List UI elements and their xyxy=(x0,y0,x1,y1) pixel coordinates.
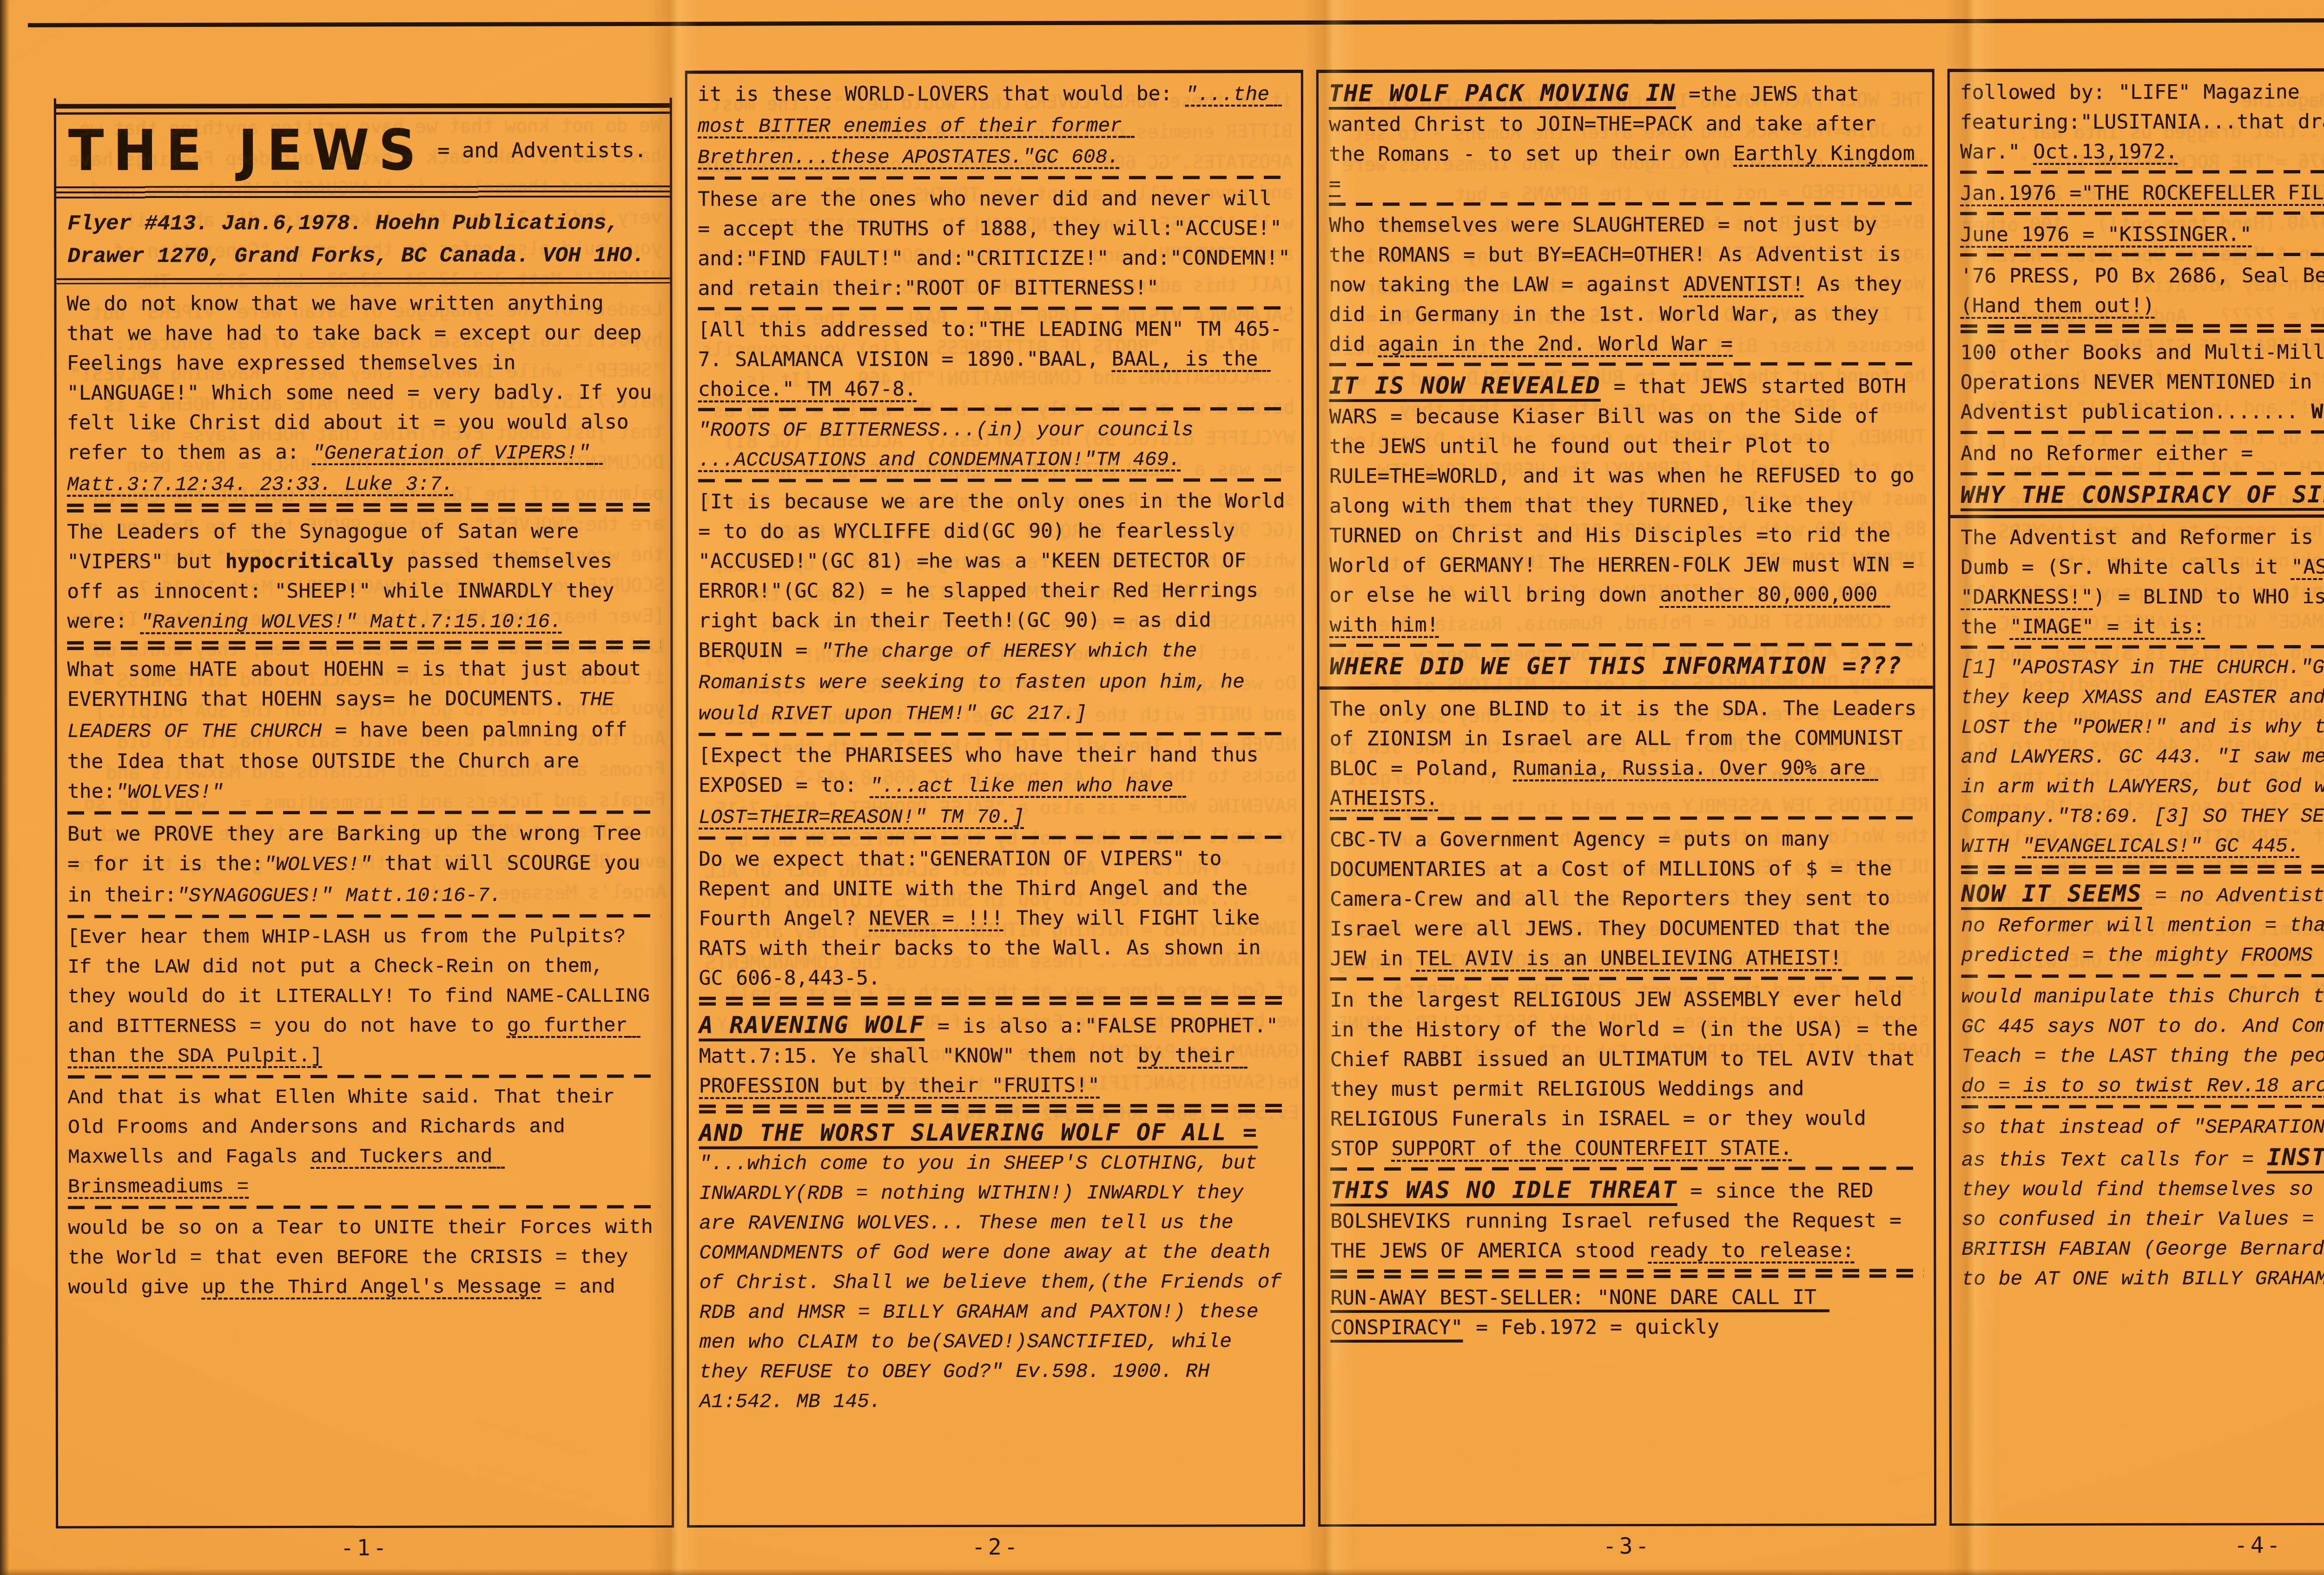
paragraph: In the largest RELIGIOUS JEW ASSEMBLY ev… xyxy=(1330,984,1924,1164)
text-run: would manipulate this Church to do EXACT… xyxy=(1961,985,2324,1068)
paragraph: CBC-TV a Government Agency = puts on man… xyxy=(1330,824,1923,974)
page-number: -1- xyxy=(56,1528,674,1568)
text-run: June 1976 = "KISSINGER." xyxy=(1960,223,2251,246)
text-run: [1] "APOSTASY in THE CHURCH."GC 444. [2]… xyxy=(1961,656,2324,858)
paragraph: would manipulate this Church to do EXACT… xyxy=(1961,982,2324,1101)
column-box-2: it is these WORLD-LOVERS that would be: … xyxy=(685,70,1305,1528)
separator-dash xyxy=(68,1074,661,1079)
paragraph: 100 other Books and Multi-Million $ Maga… xyxy=(1961,337,2324,427)
separator-dash xyxy=(1960,252,2324,257)
column-2: it is these WORLD-LOVERS that would be: … xyxy=(685,70,1305,1568)
masthead-rule xyxy=(56,277,670,280)
paragraph: [Ever hear them WHIP-LASH us from the Pu… xyxy=(67,922,660,1072)
paragraph: THIS WAS NO IDLE THREAT = since the RED … xyxy=(1330,1174,1923,1266)
separator-dash xyxy=(698,407,1291,411)
paragraph: NOW IT SEEMS = no Adventist is alarmed, … xyxy=(1961,878,2324,971)
column-4: followed by: "LIFE" Magazine featuring:"… xyxy=(1948,68,2324,1566)
text-run: = that JEWS started BOTH WARS = because … xyxy=(1329,375,1928,607)
flyer-imprint: Flyer #413. Jan.6,1978. Hoehn Publicatio… xyxy=(66,200,660,278)
separator-dash xyxy=(1961,1104,2324,1108)
paragraph: We do not know that we have written anyt… xyxy=(66,288,660,500)
text-run: "ROOTS OF BITTERNESS...(in) your council… xyxy=(698,418,1207,442)
column-box-3: THE WOLF PACK MOVING IN =the JEWS that w… xyxy=(1316,69,1936,1527)
separator-dash xyxy=(68,1205,661,1209)
text-run: Oct.13,1972. xyxy=(2033,140,2178,163)
paragraph: THE WOLF PACK MOVING IN =the JEWS that w… xyxy=(1329,78,1922,199)
separator-eq xyxy=(1330,1269,1923,1278)
text-run: "WOLVES!" xyxy=(264,853,371,876)
separator-dash xyxy=(699,836,1292,840)
paragraph: These are the ones who never did and nev… xyxy=(698,184,1291,303)
scanned-flyer-page: THE JEWS= and Adventists.Flyer #413. Jan… xyxy=(0,0,2324,1575)
paragraph: Do we expect that:"GENERATION OF VIPERS"… xyxy=(699,844,1292,993)
text-run: ready to release: xyxy=(1648,1239,1854,1262)
text-run: We do not know that we have written anyt… xyxy=(66,291,665,464)
text-run: ...ACCUSATIONS and CONDEMNATION!"TM 469. xyxy=(698,448,1181,471)
text-run: [It is because we are the only ones in t… xyxy=(698,489,1298,662)
column-box-4: followed by: "LIFE" Magazine featuring:"… xyxy=(1948,68,2324,1526)
section-heading: THE WOLF PACK MOVING IN xyxy=(1329,79,1676,107)
text-run: "Ravening WOLVES!" Matt.7:15.10:16. xyxy=(140,610,562,633)
page-title: THE JEWS xyxy=(68,122,425,179)
masthead: THE JEWS= and Adventists.Flyer #413. Jan… xyxy=(66,103,660,284)
scan-edge-shadow xyxy=(0,1568,2324,1575)
separator-dash xyxy=(1329,643,1922,647)
text-run: "...which come to you in SHEEP'S CLOTHIN… xyxy=(699,1152,1294,1413)
paragraph: AND THE WORST SLAVERING WOLF OF ALL = xyxy=(699,1117,1292,1149)
text-run: In the largest RELIGIOUS JEW ASSEMBLY ev… xyxy=(1330,988,1931,1160)
paragraph: And no Reformer either = xyxy=(1961,438,2324,468)
separator-dash xyxy=(698,478,1291,482)
paragraph: A RAVENING WOLF = is also a:"FALSE PROPH… xyxy=(699,1009,1292,1101)
text-run: ADVENTIST! xyxy=(1684,273,1804,296)
paragraph: The only one BLIND to it is the SDA. The… xyxy=(1330,693,1923,813)
separator-eq xyxy=(1961,864,2324,874)
column-box-1: THE JEWS= and Adventists.Flyer #413. Jan… xyxy=(54,98,674,1529)
text-run: WHY = ????? xyxy=(2311,400,2324,423)
separator-dash xyxy=(67,914,660,918)
separator-dash xyxy=(698,306,1291,310)
separator-dash xyxy=(699,732,1292,736)
text-run: "IMAGE" = it is: xyxy=(2010,615,2205,639)
paragraph: IT IS NOW REVEALED = that JEWS started B… xyxy=(1329,370,1923,640)
text-run: it is these WORLD-LOVERS that would be: xyxy=(698,82,1186,105)
separator-dash xyxy=(67,811,660,815)
paragraph: "ROOTS OF BITTERNESS...(in) your council… xyxy=(698,415,1291,475)
page-number: -2- xyxy=(687,1527,1305,1568)
text-run: do = is to so twist Rev.18 around = xyxy=(1961,1074,2324,1098)
text-run: "WOLVES!" xyxy=(115,781,223,804)
text-run: hypocritically xyxy=(225,550,394,573)
text-run: "SYNAGOGUES!" Matt.10:16-7. xyxy=(177,884,502,907)
text-run: "EVANGELICALS!" GC 445. xyxy=(2022,835,2300,858)
paragraph: What some HATE about HOEHN = is that jus… xyxy=(67,654,660,808)
text-run: again in the 2nd. World War = xyxy=(1378,332,1733,356)
paragraph: RUN-AWAY BEST-SELLER: "NONE DARE CALL IT… xyxy=(1330,1282,1923,1343)
section-heading: NOW IT SEEMS xyxy=(1961,880,2142,908)
text-run: SUPPORT of the COUNTERFEIT STATE. xyxy=(1391,1137,1792,1160)
section-heading: AND THE WORST SLAVERING WOLF OF ALL = xyxy=(699,1119,1258,1147)
separator-dash xyxy=(1960,211,2324,215)
paragraph: Jan.1976 ="THE ROCKEFELLER FILE." xyxy=(1960,178,2324,208)
text-run: up the Third Angel's Message xyxy=(202,1276,541,1299)
text-run: = Feb.1972 = quickly xyxy=(1463,1316,1719,1339)
page-subtitle: = and Adventists. xyxy=(437,138,647,162)
paragraph: would be so on a Tear to UNITE their For… xyxy=(68,1213,661,1303)
paragraph: WHERE DID WE GET THIS INFORMATION =??? xyxy=(1329,651,1922,683)
section-heading: IT IS NOW REVEALED xyxy=(1329,372,1601,399)
column-1: THE JEWS= and Adventists.Flyer #413. Jan… xyxy=(54,71,674,1568)
separator-dash xyxy=(1330,816,1923,820)
separator-dash xyxy=(1330,1166,1923,1171)
paragraph: And that is what Ellen White said. That … xyxy=(68,1082,661,1202)
separator-line xyxy=(1950,514,2324,518)
separator-dash xyxy=(1961,430,2324,434)
separator-eq xyxy=(67,640,660,650)
section-heading: WHERE DID WE GET THIS INFORMATION =??? xyxy=(1330,652,1902,680)
paragraph: '76 PRESS, PO Bx 2686, Seal Beach, Calif… xyxy=(1960,260,2324,321)
text-run: = and xyxy=(541,1276,615,1298)
paragraph: The Leaders of the Synagogue of Satan we… xyxy=(67,516,660,638)
separator-dash xyxy=(1329,202,1922,206)
paragraph: [It is because we are the only ones in t… xyxy=(698,486,1292,729)
separator-eq xyxy=(699,1104,1292,1114)
separator-dash xyxy=(1329,362,1922,366)
paragraph: followed by: "LIFE" Magazine featuring:"… xyxy=(1960,77,2324,167)
text-run: NEVER = !!! xyxy=(869,907,1004,930)
scan-edge-shadow xyxy=(0,0,9,1575)
paragraph: [1] "APOSTASY in THE CHURCH."GC 444. [2]… xyxy=(1961,652,2324,862)
separator-dash xyxy=(1961,974,2324,978)
title-row: THE JEWS= and Adventists. xyxy=(66,114,660,182)
page-number: -4- xyxy=(1949,1525,2324,1566)
paragraph: The Adventist and Reformer is Blind Deaf… xyxy=(1961,522,2324,642)
paragraph: But we PROVE they are Barking up the wro… xyxy=(67,818,660,911)
separator-eq xyxy=(67,503,660,513)
separator-line xyxy=(1320,685,1933,690)
paragraph: so that instead of "SEPARATION" from the… xyxy=(1961,1112,2324,1294)
paragraph: "...which come to you in SHEEP'S CLOTHIN… xyxy=(699,1148,1293,1417)
text-run: 100 other Books and Multi-Million $ Maga… xyxy=(1961,340,2324,424)
page-number: -3- xyxy=(1318,1526,1936,1567)
separator-dash xyxy=(1330,976,1923,981)
text-run: TEL AVIV is an UNBELIEVING ATHEIST! xyxy=(1416,946,1842,970)
masthead-rule-band xyxy=(56,185,670,201)
text-run: The Adventist and Reformer is Blind Deaf… xyxy=(1961,525,2324,579)
text-run: What some HATE about HOEHN = is that jus… xyxy=(67,657,654,711)
columns-container: THE JEWS= and Adventists.Flyer #413. Jan… xyxy=(54,68,2324,1568)
paragraph: June 1976 = "KISSINGER." xyxy=(1960,219,2324,250)
masthead-rule xyxy=(56,103,670,109)
section-heading: INSTEAD OF THAT xyxy=(2267,1143,2324,1171)
masthead-rule xyxy=(56,282,670,284)
text-run: And no Reformer either = xyxy=(1961,442,2253,465)
text-run: These are the ones who never did and nev… xyxy=(698,187,1303,300)
paragraph: [Expect the PHARISEES who have their han… xyxy=(699,740,1292,833)
paragraph: Who themselves were SLAUGHTERED = not ju… xyxy=(1329,210,1922,359)
separator-dash xyxy=(1961,471,2324,475)
text-run: Jan.1976 ="THE ROCKEFELLER FILE." xyxy=(1960,181,2324,205)
text-run: '76 PRESS, PO Bx 2686, Seal Beach, xyxy=(1960,264,2324,288)
separator-dash xyxy=(1961,645,2324,649)
paragraph: WHY THE CONSPIRACY OF SILENCE = ??? xyxy=(1961,479,2324,511)
section-heading: THIS WAS NO IDLE THREAT xyxy=(1330,1176,1677,1204)
paragraph: it is these WORLD-LOVERS that would be: … xyxy=(698,79,1291,173)
separator-dash xyxy=(1960,170,2324,174)
section-heading: WHY THE CONSPIRACY OF SILENCE = ??? xyxy=(1961,481,2324,508)
paragraph: [All this addressed to:"THE LEADING MEN"… xyxy=(698,314,1291,404)
separator-dash xyxy=(698,176,1291,180)
top-border-rule xyxy=(28,18,2324,27)
section-heading: A RAVENING WOLF xyxy=(699,1011,925,1039)
separator-eq xyxy=(1961,323,2324,333)
separator-eq xyxy=(699,996,1292,1006)
column-3: THE WOLF PACK MOVING IN =the JEWS that w… xyxy=(1316,69,1936,1567)
